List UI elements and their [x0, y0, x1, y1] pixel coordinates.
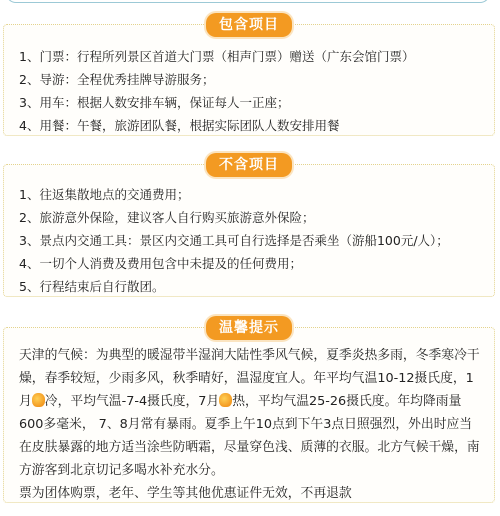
- included-title-badge: 包含项目: [206, 13, 292, 37]
- included-list: 1、门票：行程所列景区首道大门票（相声门票）赠送（广东会馆门票） 2、导游：全程…: [19, 45, 486, 137]
- list-item: 3、用车：根据人数安排车辆，保证每人一正座；: [19, 91, 486, 114]
- list-item: 1、往返集散地点的交通费用；: [19, 183, 486, 206]
- tips-title-badge: 温馨提示: [206, 316, 292, 340]
- previous-section-frame: [6, 0, 490, 3]
- tips-content: 天津的气候：为典型的暖湿带半湿润大陆性季风气候，夏季炎热多雨，冬季寒冷干燥，春季…: [19, 344, 482, 505]
- list-item: 1、门票：行程所列景区首道大门票（相声门票）赠送（广东会馆门票）: [19, 45, 486, 68]
- tips-section: 温馨提示 天津的气候：为典型的暖湿带半湿润大陆性季风气候，夏季炎热多雨，冬季寒冷…: [3, 327, 495, 503]
- list-item: 4、用餐：午餐，旅游团队餐，根据实际团队人数安排用餐: [19, 114, 486, 137]
- excluded-title-badge: 不含项目: [206, 153, 292, 177]
- list-item: 2、旅游意外保险，建议客人自行购买旅游意外保险；: [19, 206, 486, 229]
- excluded-list: 1、往返集散地点的交通费用； 2、旅游意外保险，建议客人自行购买旅游意外保险； …: [19, 183, 486, 298]
- list-item: 4、一切个人消费及费用包含中未提及的任何费用；: [19, 252, 486, 275]
- list-item: 3、景点内交通工具：景区内交通工具可自行选择是否乘坐（游船100元/人）；: [19, 229, 486, 252]
- thumbs-up-icon: [32, 393, 45, 407]
- ticket-note: 票为团体购票，老年、学生等其他优惠证件无效，不再退款: [19, 482, 482, 505]
- thumbs-up-icon: [219, 393, 232, 407]
- included-section: 包含项目 1、门票：行程所列景区首道大门票（相声门票）赠送（广东会馆门票） 2、…: [3, 24, 495, 136]
- excluded-section: 不含项目 1、往返集散地点的交通费用； 2、旅游意外保险，建议客人自行购买旅游意…: [3, 164, 495, 297]
- list-item: 5、行程结束后自行散团。: [19, 275, 486, 298]
- list-item: 2、导游：全程优秀挂牌导游服务；: [19, 68, 486, 91]
- climate-paragraph: 天津的气候：为典型的暖湿带半湿润大陆性季风气候，夏季炎热多雨，冬季寒冷干燥，春季…: [19, 344, 482, 482]
